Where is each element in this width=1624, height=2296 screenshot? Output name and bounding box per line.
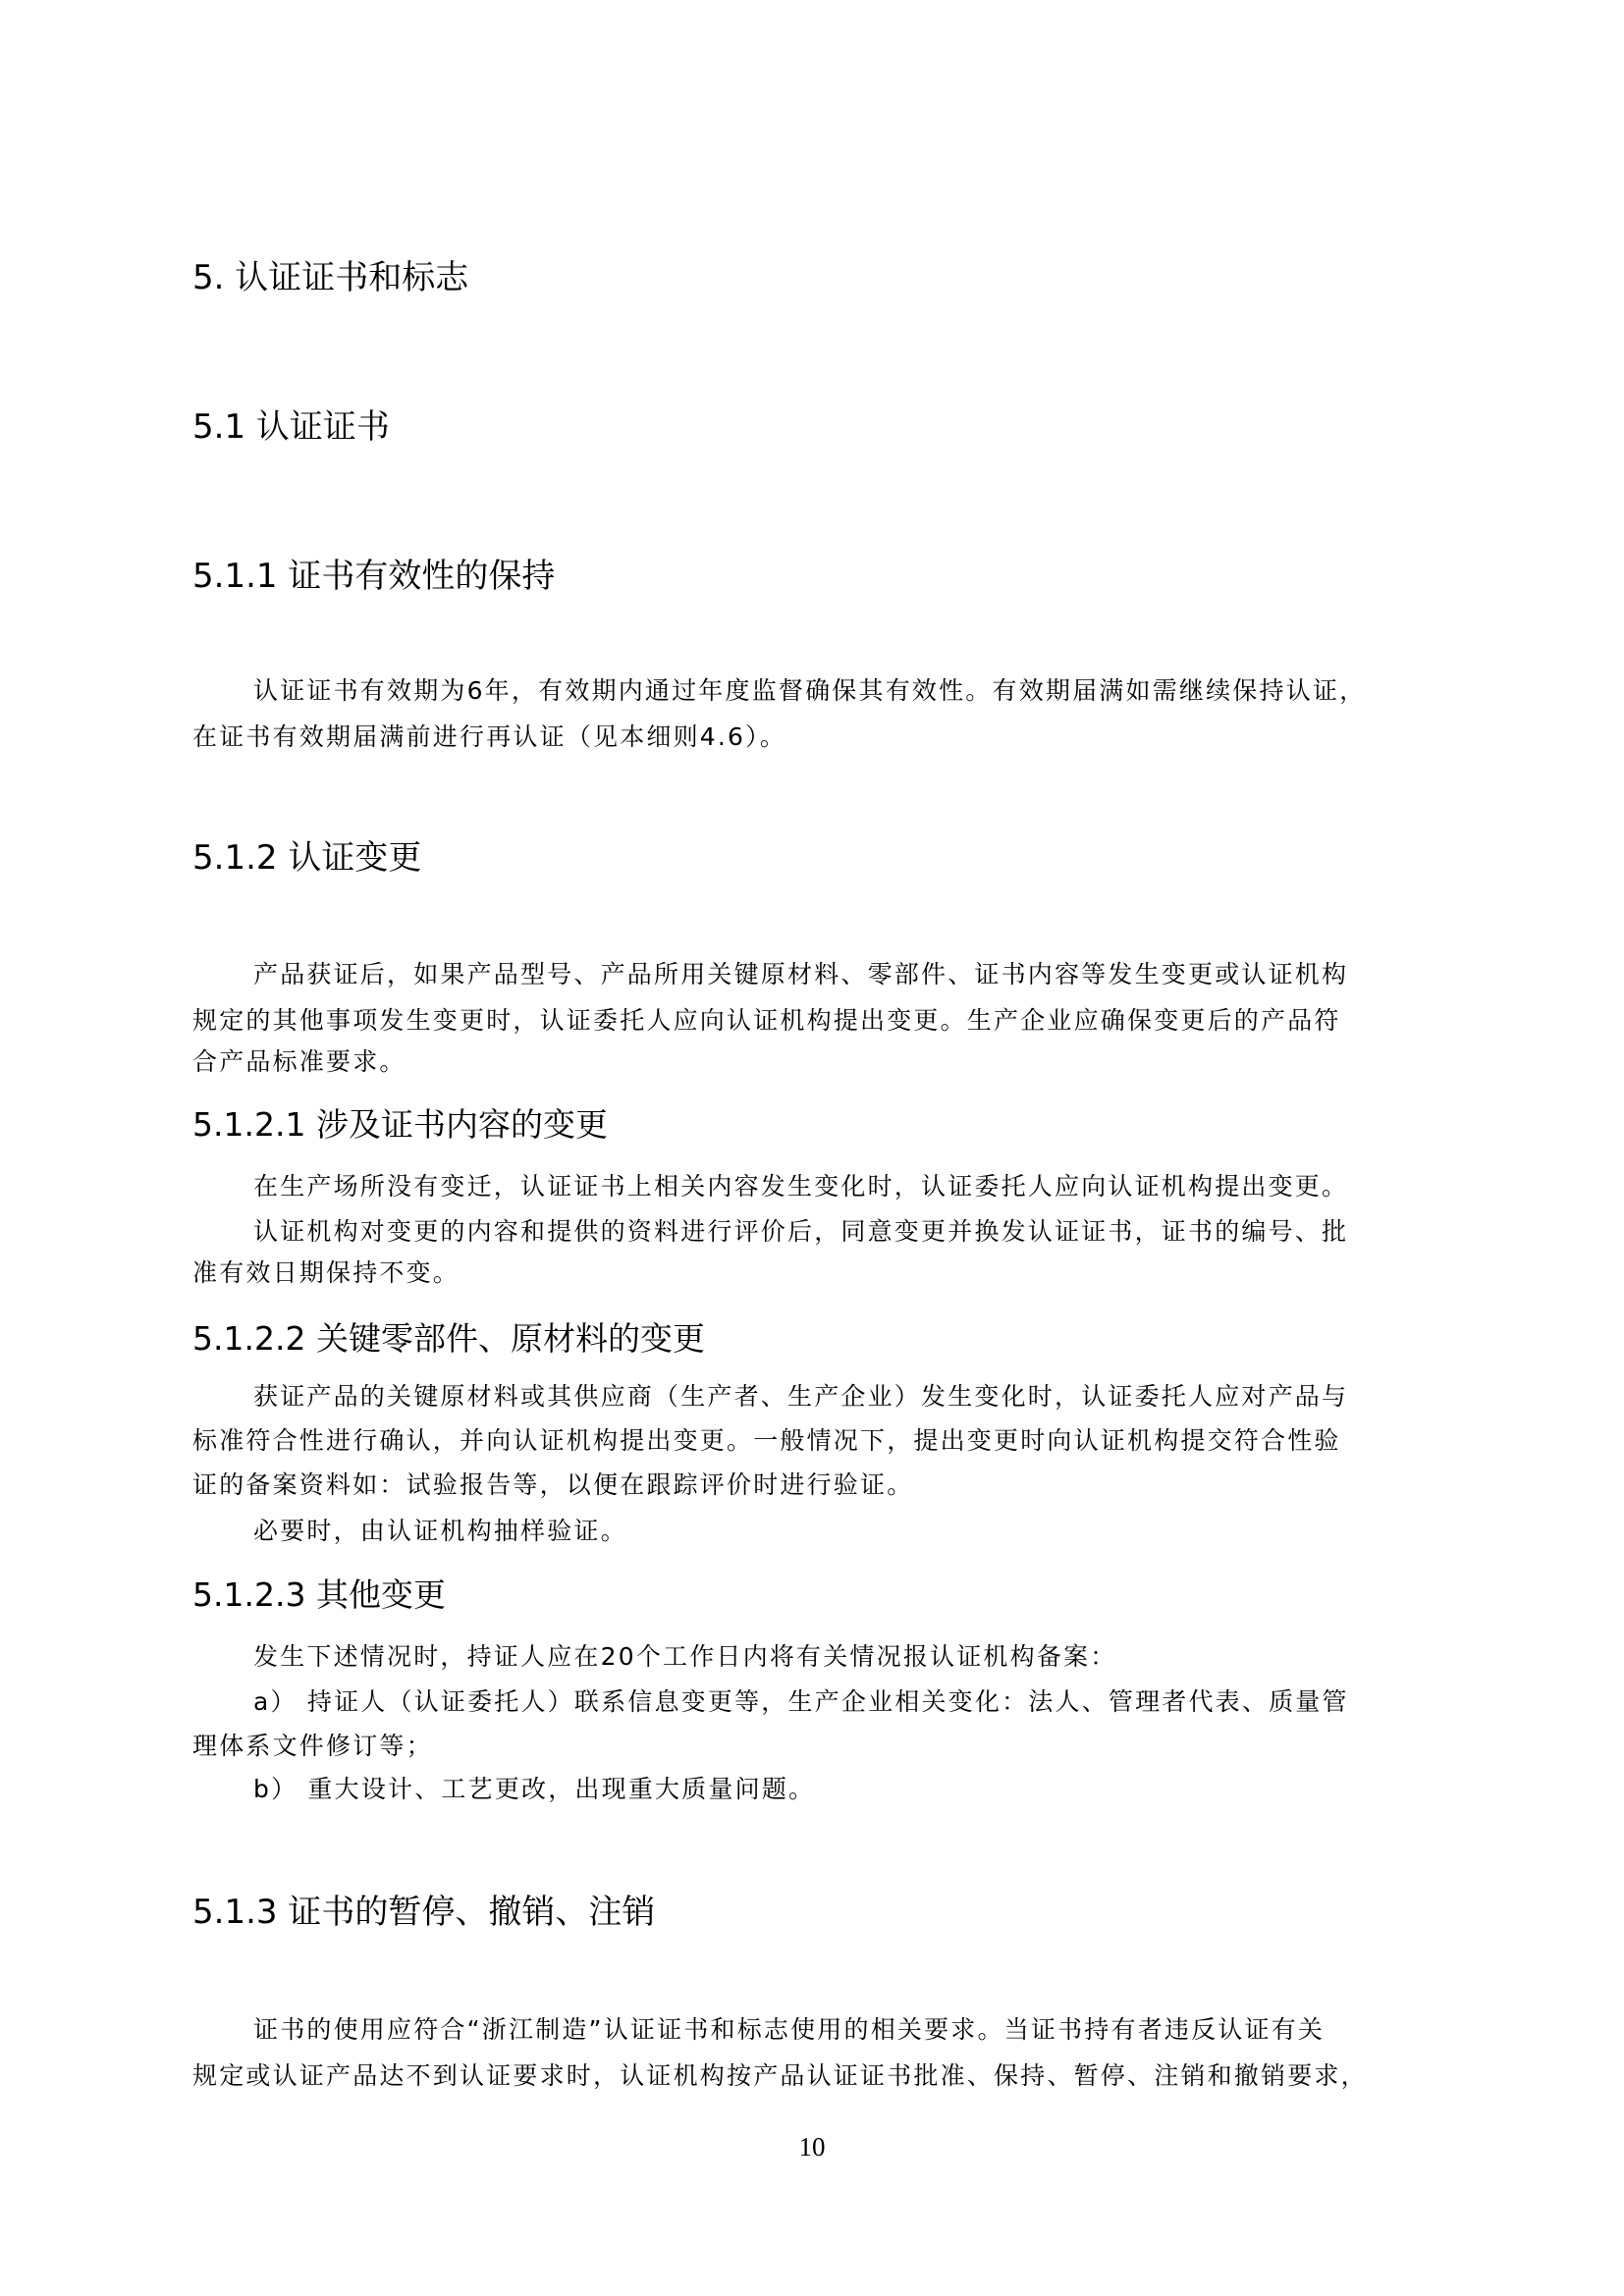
paragraph-line: 获证产品的关键原材料或其供应商（生产者、生产企业）发生变化时，认证委托人应对产品… — [253, 1377, 1540, 1413]
paragraph-line: 认证证书有效期为6年，有效期内通过年度监督确保其有效性。有效期届满如需继续保持认… — [253, 671, 1540, 707]
paragraph-line: 必要时，由认证机构抽样验证。 — [253, 1512, 1540, 1547]
heading-section-5: 5. 认证证书和标志 — [192, 250, 468, 298]
paragraph-line: 证书的使用应符合“浙江制造”认证证书和标志使用的相关要求。当证书持有者违反认证有… — [253, 2010, 1540, 2046]
heading-section-5-1-2: 5.1.2 认证变更 — [192, 830, 421, 879]
paragraph-line: 规定或认证产品达不到认证要求时，认证机构按产品认证证书批准、保持、暂停、注销和撤… — [192, 2056, 1479, 2092]
heading-section-5-1: 5.1 认证证书 — [192, 400, 390, 448]
heading-section-5-1-1: 5.1.1 证书有效性的保持 — [192, 549, 555, 597]
heading-section-5-1-2-2: 5.1.2.2 关键零部件、原材料的变更 — [192, 1313, 705, 1360]
heading-section-5-1-2-1: 5.1.2.1 涉及证书内容的变更 — [192, 1099, 608, 1146]
paragraph-line: 发生下述情况时，持证人应在20个工作日内将有关情况报认证机构备案： — [253, 1637, 1540, 1673]
paragraph-line: 产品获证后，如果产品型号、产品所用关键原材料、零部件、证书内容等发生变更或认证机… — [253, 955, 1540, 990]
paragraph-line: 准有效日期保持不变。 — [192, 1254, 1479, 1289]
list-item-b: b） 重大设计、工艺更改，出现重大质量问题。 — [253, 1770, 1540, 1805]
page-number: 10 — [0, 2132, 1624, 2163]
paragraph-line: 合产品标准要求。 — [192, 1042, 1479, 1078]
paragraph-line: 标准符合性进行确认，并向认证机构提出变更。一般情况下，提出变更时向认证机构提交符… — [192, 1421, 1479, 1457]
heading-section-5-1-3: 5.1.3 证书的暂停、撤销、注销 — [192, 1885, 655, 1933]
list-item-a-continued: 理体系文件修订等； — [192, 1727, 1479, 1762]
paragraph-line: 规定的其他事项发生变更时，认证委托人应向认证机构提出变更。生产企业应确保变更后的… — [192, 1001, 1479, 1037]
paragraph-line: 在生产场所没有变迁，认证证书上相关内容发生变化时，认证委托人应向认证机构提出变更… — [253, 1167, 1540, 1202]
list-item-a: a） 持证人（认证委托人）联系信息变更等，生产企业相关变化：法人、管理者代表、质… — [253, 1682, 1540, 1718]
paragraph-line: 认证机构对变更的内容和提供的资料进行评价后，同意变更并换发认证证书，证书的编号、… — [253, 1212, 1540, 1248]
paragraph-line: 证的备案资料如：试验报告等，以便在跟踪评价时进行验证。 — [192, 1466, 1479, 1501]
heading-section-5-1-2-3: 5.1.2.3 其他变更 — [192, 1570, 446, 1616]
paragraph-line: 在证书有效期届满前进行再认证（见本细则4.6）。 — [192, 718, 1479, 753]
